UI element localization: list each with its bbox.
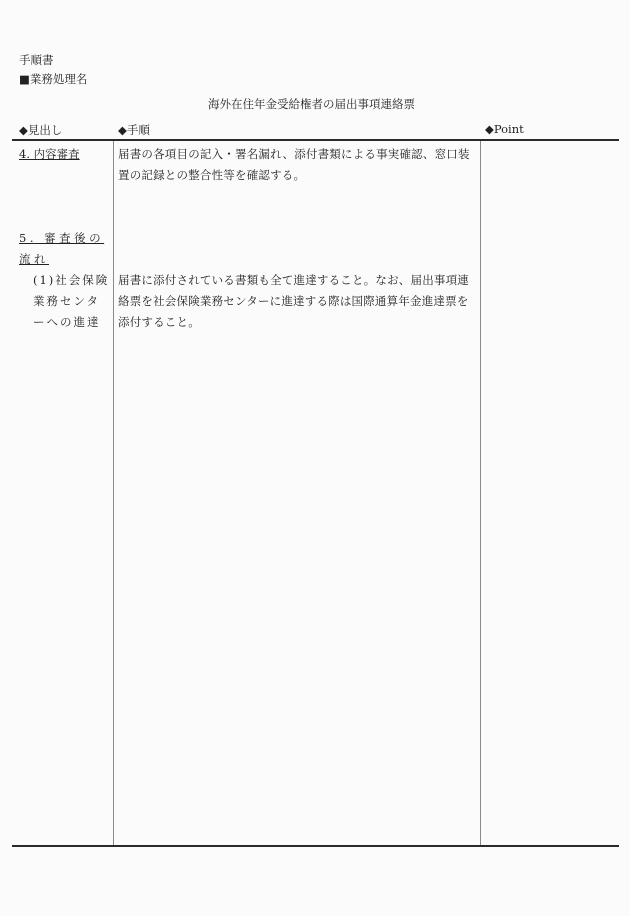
form-title: 海外在住年金受給権者の届出事項連絡票 (208, 96, 415, 112)
row-heading-forward-to-center: (1)社会保険業務センターへの進達 (33, 270, 111, 333)
row-heading-content-review: 4. 内容審査 (19, 144, 80, 165)
row-heading-post-review-flow: 5. 審査後の流れ (19, 228, 111, 270)
row-procedure-content-review: 届書の各項目の記入・署名漏れ、添付書類による事実確認、窓口装置の記録との整合性等… (118, 144, 476, 186)
column-divider-left (113, 141, 114, 845)
document-type: 手順書 (19, 52, 54, 68)
column-header-procedure: ◆手順 (118, 122, 150, 138)
column-header-point: ◆Point (485, 122, 524, 136)
table-bottom-rule (12, 845, 619, 847)
table-top-rule (12, 139, 619, 141)
row-procedure-forward-to-center: 届書に添付されている書類も全て進達すること。なお、届出事項連絡票を社会保険業務セ… (118, 270, 476, 333)
process-name-label: ■業務処理名 (19, 71, 87, 87)
column-divider-right (480, 141, 481, 845)
column-header-heading: ◆見出し (19, 122, 62, 138)
